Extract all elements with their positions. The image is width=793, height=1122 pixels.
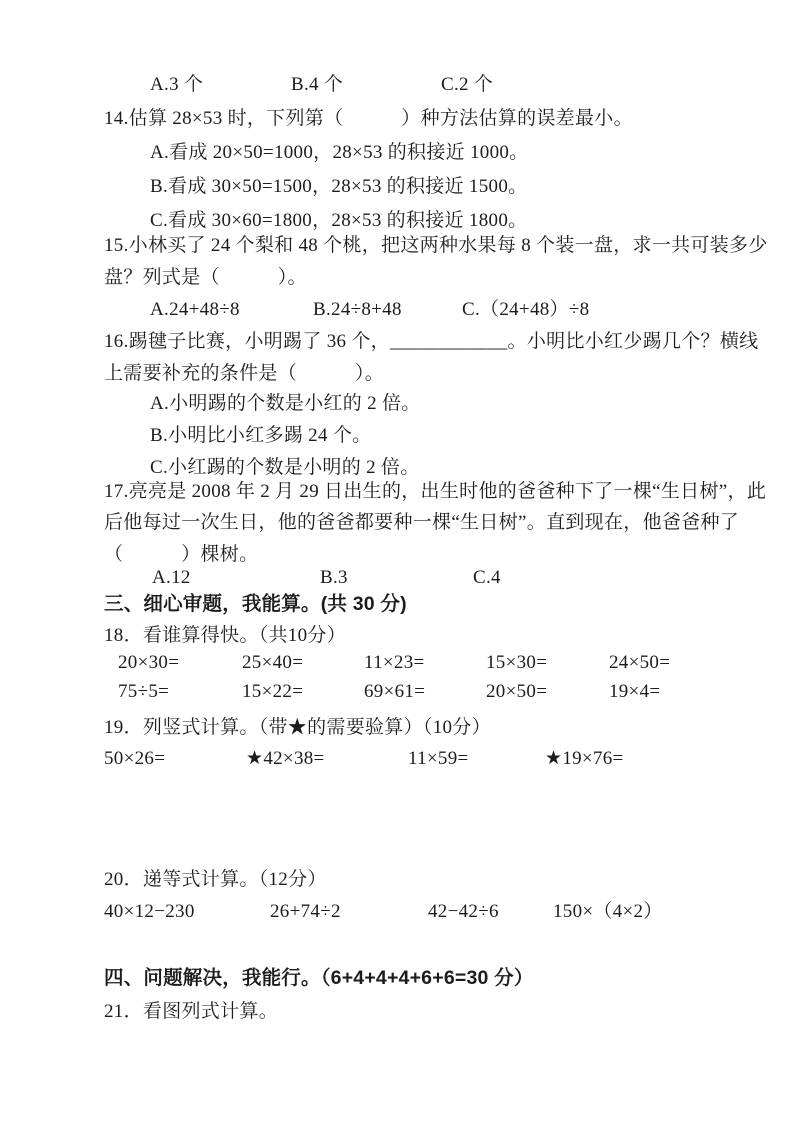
q20-row-item-4: 150×（4×2）: [553, 900, 663, 924]
q18-stem: 18．看谁算得快。（共10分）: [104, 624, 346, 648]
q14-stem: 14.估算 28×53 时，下列第（ ）种方法估算的误差最小。: [104, 107, 633, 131]
q19-stem: 19．列竖式计算。（带★的需要验算）（10分）: [104, 716, 491, 740]
q21-stem: 21．看图列式计算。: [104, 1000, 278, 1024]
q15-option-b: B.24÷8+48: [313, 298, 402, 322]
q17-stem-line1: 17.亮亮是 2008 年 2 月 29 日出生的，出生时他的爸爸种下了一棵“生…: [104, 480, 766, 504]
q13-option-c: C.2 个: [441, 73, 493, 97]
q19-row-item-4: ★19×76=: [545, 747, 624, 771]
q16-option-b: B.小明比小红多踢 24 个。: [150, 424, 371, 448]
section4-heading: 四、问题解决，我能行。（6+4+4+4+6+6=30 分）: [104, 966, 534, 990]
q18-row1-item-4: 15×30=: [486, 651, 547, 675]
q17-option-a: A.12: [152, 566, 191, 590]
q13-option-b: B.4 个: [291, 73, 343, 97]
q16-option-a: A.小明踢的个数是小红的 2 倍。: [150, 392, 421, 416]
q18-row2-item-4: 20×50=: [486, 680, 547, 704]
q18-row2-item-2: 15×22=: [242, 680, 303, 704]
q19-row-item-1: 50×26=: [104, 747, 165, 771]
q18-row2-item-3: 69×61=: [364, 680, 425, 704]
q20-row-item-1: 40×12−230: [104, 900, 195, 924]
q20-stem: 20．递等式计算。（12分）: [104, 868, 327, 892]
q18-row1-item-5: 24×50=: [609, 651, 670, 675]
section3-heading: 三、细心审题，我能算。(共 30 分): [104, 592, 407, 616]
q15-option-a: A.24+48÷8: [150, 298, 240, 322]
q14-option-b: B.看成 30×50=1500，28×53 的积接近 1500。: [150, 175, 527, 199]
q15-stem-line1: 15.小林买了 24 个梨和 48 个桃，把这两种水果每 8 个装一盘，求一共可…: [104, 234, 768, 258]
q18-row1-item-3: 11×23=: [364, 651, 425, 675]
q18-row1-item-1: 20×30=: [118, 651, 179, 675]
q17-stem-line2: 后他每过一次生日，他的爸爸都要种一棵“生日树”。直到现在，他爸爸种了: [104, 511, 739, 535]
q20-row-item-2: 26+74÷2: [270, 900, 341, 924]
q14-option-a: A.看成 20×50=1000，28×53 的积接近 1000。: [150, 141, 528, 165]
q17-stem-line3: （ ）棵树。: [104, 543, 258, 567]
q15-stem-line2: 盘？列式是（ ）。: [104, 266, 307, 290]
q14-option-c: C.看成 30×60=1800，28×53 的积接近 1800。: [150, 209, 527, 233]
q16-option-c: C.小红踢的个数是小明的 2 倍。: [150, 456, 420, 480]
q16-stem-line2: 上需要补充的条件是（ ）。: [104, 362, 384, 386]
q15-option-c: C.（24+48）÷8: [462, 298, 589, 322]
q18-row2-item-1: 75÷5=: [118, 680, 169, 704]
q18-row1-item-2: 25×40=: [242, 651, 303, 675]
exam-page: A.3 个 B.4 个 C.2 个 14.估算 28×53 时，下列第（ ）种方…: [0, 0, 793, 1122]
q17-option-b: B.3: [320, 566, 348, 590]
q20-row-item-3: 42−42÷6: [428, 900, 499, 924]
q16-stem-line1: 16.踢毽子比赛，小明踢了 36 个，____________。小明比小红少踢几…: [104, 330, 758, 354]
q19-row-item-2: ★42×38=: [246, 747, 325, 771]
q13-option-a: A.3 个: [150, 73, 203, 97]
q17-option-c: C.4: [473, 566, 501, 590]
q19-row-item-3: 11×59=: [408, 747, 469, 771]
q18-row2-item-5: 19×4=: [609, 680, 660, 704]
